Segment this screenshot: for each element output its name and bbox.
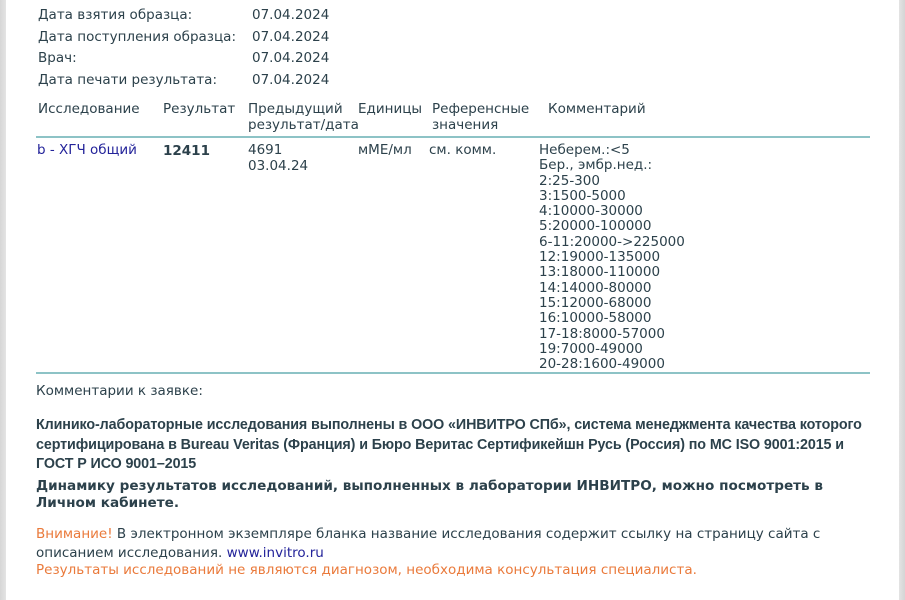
header-previous-line1: Предыдущий	[248, 102, 359, 118]
meta-value: 07.04.2024	[252, 6, 329, 24]
meta-label: Дата взятия образца:	[38, 6, 192, 24]
comment-line: 13:18000-110000	[539, 265, 685, 280]
comment-line: 14:14000-80000	[539, 281, 685, 296]
header-previous: Предыдущий результат/дата	[248, 102, 359, 133]
comment-line: 19:7000-49000	[539, 342, 685, 357]
reference-comment-list: Неберем.:<5 Бер., эмбр.нед.: 2:25-300 3:…	[539, 143, 685, 372]
comment-line: Неберем.:<5	[539, 143, 685, 158]
meta-value: 07.04.2024	[252, 49, 329, 67]
certification-line: сертифицирована в Bureau Veritas (Франци…	[36, 436, 862, 456]
certification-line: ГОСТ Р ИСО 9001–2015	[36, 455, 862, 475]
page-edge-left	[0, 0, 6, 600]
request-comments-label: Комментарии к заявке:	[36, 383, 203, 399]
previous-result: 4691 03.04.24	[248, 143, 308, 174]
comment-line: 2:25-300	[539, 174, 685, 189]
comment-line: 17-18:8000-57000	[539, 327, 685, 342]
reference-value: см. комм.	[429, 143, 496, 159]
meta-value: 07.04.2024	[252, 71, 329, 89]
comment-line: 20-28:1600-49000	[539, 357, 685, 372]
comment-line: 15:12000-68000	[539, 296, 685, 311]
header-reference-line1: Референсные	[432, 102, 529, 118]
comment-line: 3:1500-5000	[539, 189, 685, 204]
warning-note: Внимание! В электронном экземпляре бланк…	[36, 525, 876, 563]
previous-date: 03.04.24	[248, 159, 308, 175]
comment-line: 4:10000-30000	[539, 204, 685, 219]
comment-line: Бер., эмбр.нед.:	[539, 158, 685, 173]
warning-label: Внимание!	[36, 526, 113, 542]
meta-label: Дата поступления образца:	[38, 28, 236, 46]
meta-label: Дата печати результата:	[38, 71, 217, 89]
meta-value: 07.04.2024	[252, 28, 329, 46]
result-value: 12411	[163, 144, 210, 160]
comment-line: 12:19000-135000	[539, 250, 685, 265]
comment-line: 16:10000-58000	[539, 311, 685, 326]
units-value: мМЕ/мл	[358, 143, 412, 159]
dynamics-note: Динамику результатов исследований, выпол…	[36, 478, 856, 511]
comment-line: 6-11:20000->225000	[539, 235, 685, 250]
header-reference-line2: значения	[432, 118, 529, 134]
header-reference: Референсные значения	[432, 102, 529, 133]
header-units: Единицы	[358, 102, 422, 118]
meta-label: Врач:	[38, 49, 77, 67]
previous-value: 4691	[248, 143, 308, 159]
disclaimer-text: Результаты исследований не являются диаг…	[36, 562, 697, 578]
header-previous-line2: результат/дата	[248, 118, 359, 134]
table-bottom-rule	[36, 372, 870, 374]
header-comment: Комментарий	[548, 102, 646, 118]
certification-line: Клинико-лабораторные исследования выполн…	[36, 416, 862, 436]
header-result: Результат	[163, 102, 235, 118]
test-name-link[interactable]: b - ХГЧ общий	[37, 143, 137, 159]
warning-text: В электронном экземпляре бланка название…	[36, 526, 820, 561]
page-edge-right	[899, 0, 905, 600]
table-header-rule	[36, 136, 870, 138]
certification-note: Клинико-лабораторные исследования выполн…	[36, 416, 862, 475]
comment-line: 5:20000-100000	[539, 219, 685, 234]
header-test: Исследование	[38, 102, 140, 118]
invitro-link[interactable]: www.invitro.ru	[227, 545, 324, 561]
